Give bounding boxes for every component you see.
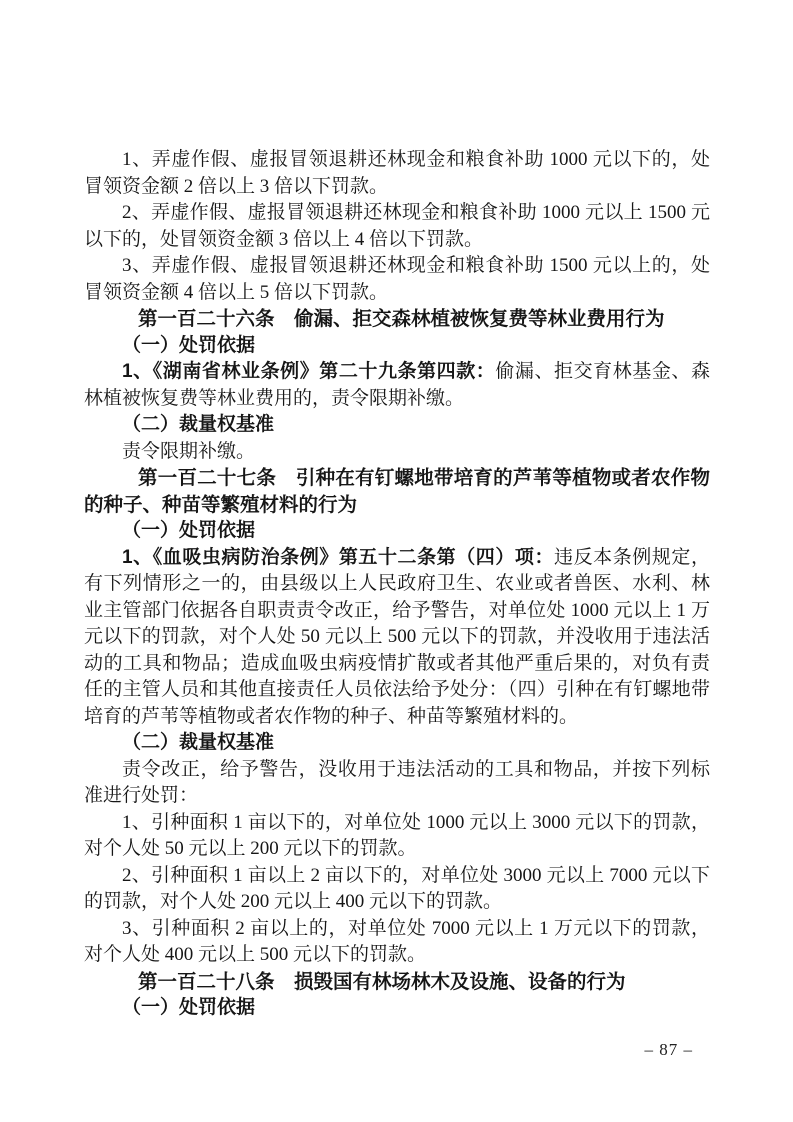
article-heading-128: 第一百二十八条 损毁国有林场林木及设施、设备的行为 bbox=[84, 969, 710, 996]
clause-paragraph: 1、《血吸虫病防治条例》第五十二条第（四）项：违反本条例规定，有下列情形之一的，… bbox=[84, 545, 710, 731]
sub-heading-penalty-basis: （一）处罚依据 bbox=[84, 995, 710, 1022]
page-number: – 87 – bbox=[645, 1040, 694, 1060]
body-paragraph: 3、引种面积 2 亩以上的，对单位处 7000 元以上 1 万元以下的罚款，对个… bbox=[84, 916, 710, 969]
body-paragraph: 责令改正，给予警告，没收用于违法活动的工具和物品，并按下列标准进行处罚： bbox=[84, 757, 710, 810]
document-page: 1、弄虚作假、虚报冒领退耕还林现金和粮食补助 1000 元以下的，处冒领资金额 … bbox=[0, 0, 793, 1122]
body-paragraph: 2、引种面积 1 亩以上 2 亩以下的，对单位处 3000 元以上 7000 元… bbox=[84, 863, 710, 916]
sub-heading-penalty-basis: （一）处罚依据 bbox=[84, 518, 710, 545]
article-heading-127: 第一百二十七条 引种在有钉螺地带培育的芦苇等植物或者农作物的种子、种苗等繁殖材料… bbox=[84, 465, 710, 518]
body-paragraph: 1、弄虚作假、虚报冒领退耕还林现金和粮食补助 1000 元以下的，处冒领资金额 … bbox=[84, 147, 710, 200]
sub-heading-discretion-benchmark: （二）裁量权基准 bbox=[84, 730, 710, 757]
article-heading-126: 第一百二十六条 偷漏、拒交森林植被恢复费等林业费用行为 bbox=[84, 306, 710, 333]
body-paragraph: 1、引种面积 1 亩以下的，对单位处 1000 元以上 3000 元以下的罚款，… bbox=[84, 810, 710, 863]
sub-heading-penalty-basis: （一）处罚依据 bbox=[84, 333, 710, 360]
clause-lead: 1、《血吸虫病防治条例》第五十二条第（四）项： bbox=[122, 547, 554, 568]
clause-lead: 1、《湖南省林业条例》第二十九条第四款： bbox=[122, 361, 495, 382]
sub-heading-discretion-benchmark: （二）裁量权基准 bbox=[84, 412, 710, 439]
document-body: 1、弄虚作假、虚报冒领退耕还林现金和粮食补助 1000 元以下的，处冒领资金额 … bbox=[84, 147, 710, 1022]
clause-paragraph: 1、《湖南省林业条例》第二十九条第四款：偷漏、拒交育林基金、森林植被恢复费等林业… bbox=[84, 359, 710, 412]
body-paragraph: 2、弄虚作假、虚报冒领退耕还林现金和粮食补助 1000 元以上 1500 元以下… bbox=[84, 200, 710, 253]
body-paragraph: 责令限期补缴。 bbox=[84, 439, 710, 466]
clause-text: 违反本条例规定，有下列情形之一的，由县级以上人民政府卫生、农业或者兽医、水利、林… bbox=[84, 547, 710, 727]
body-paragraph: 3、弄虚作假、虚报冒领退耕还林现金和粮食补助 1500 元以上的，处冒领资金额 … bbox=[84, 253, 710, 306]
